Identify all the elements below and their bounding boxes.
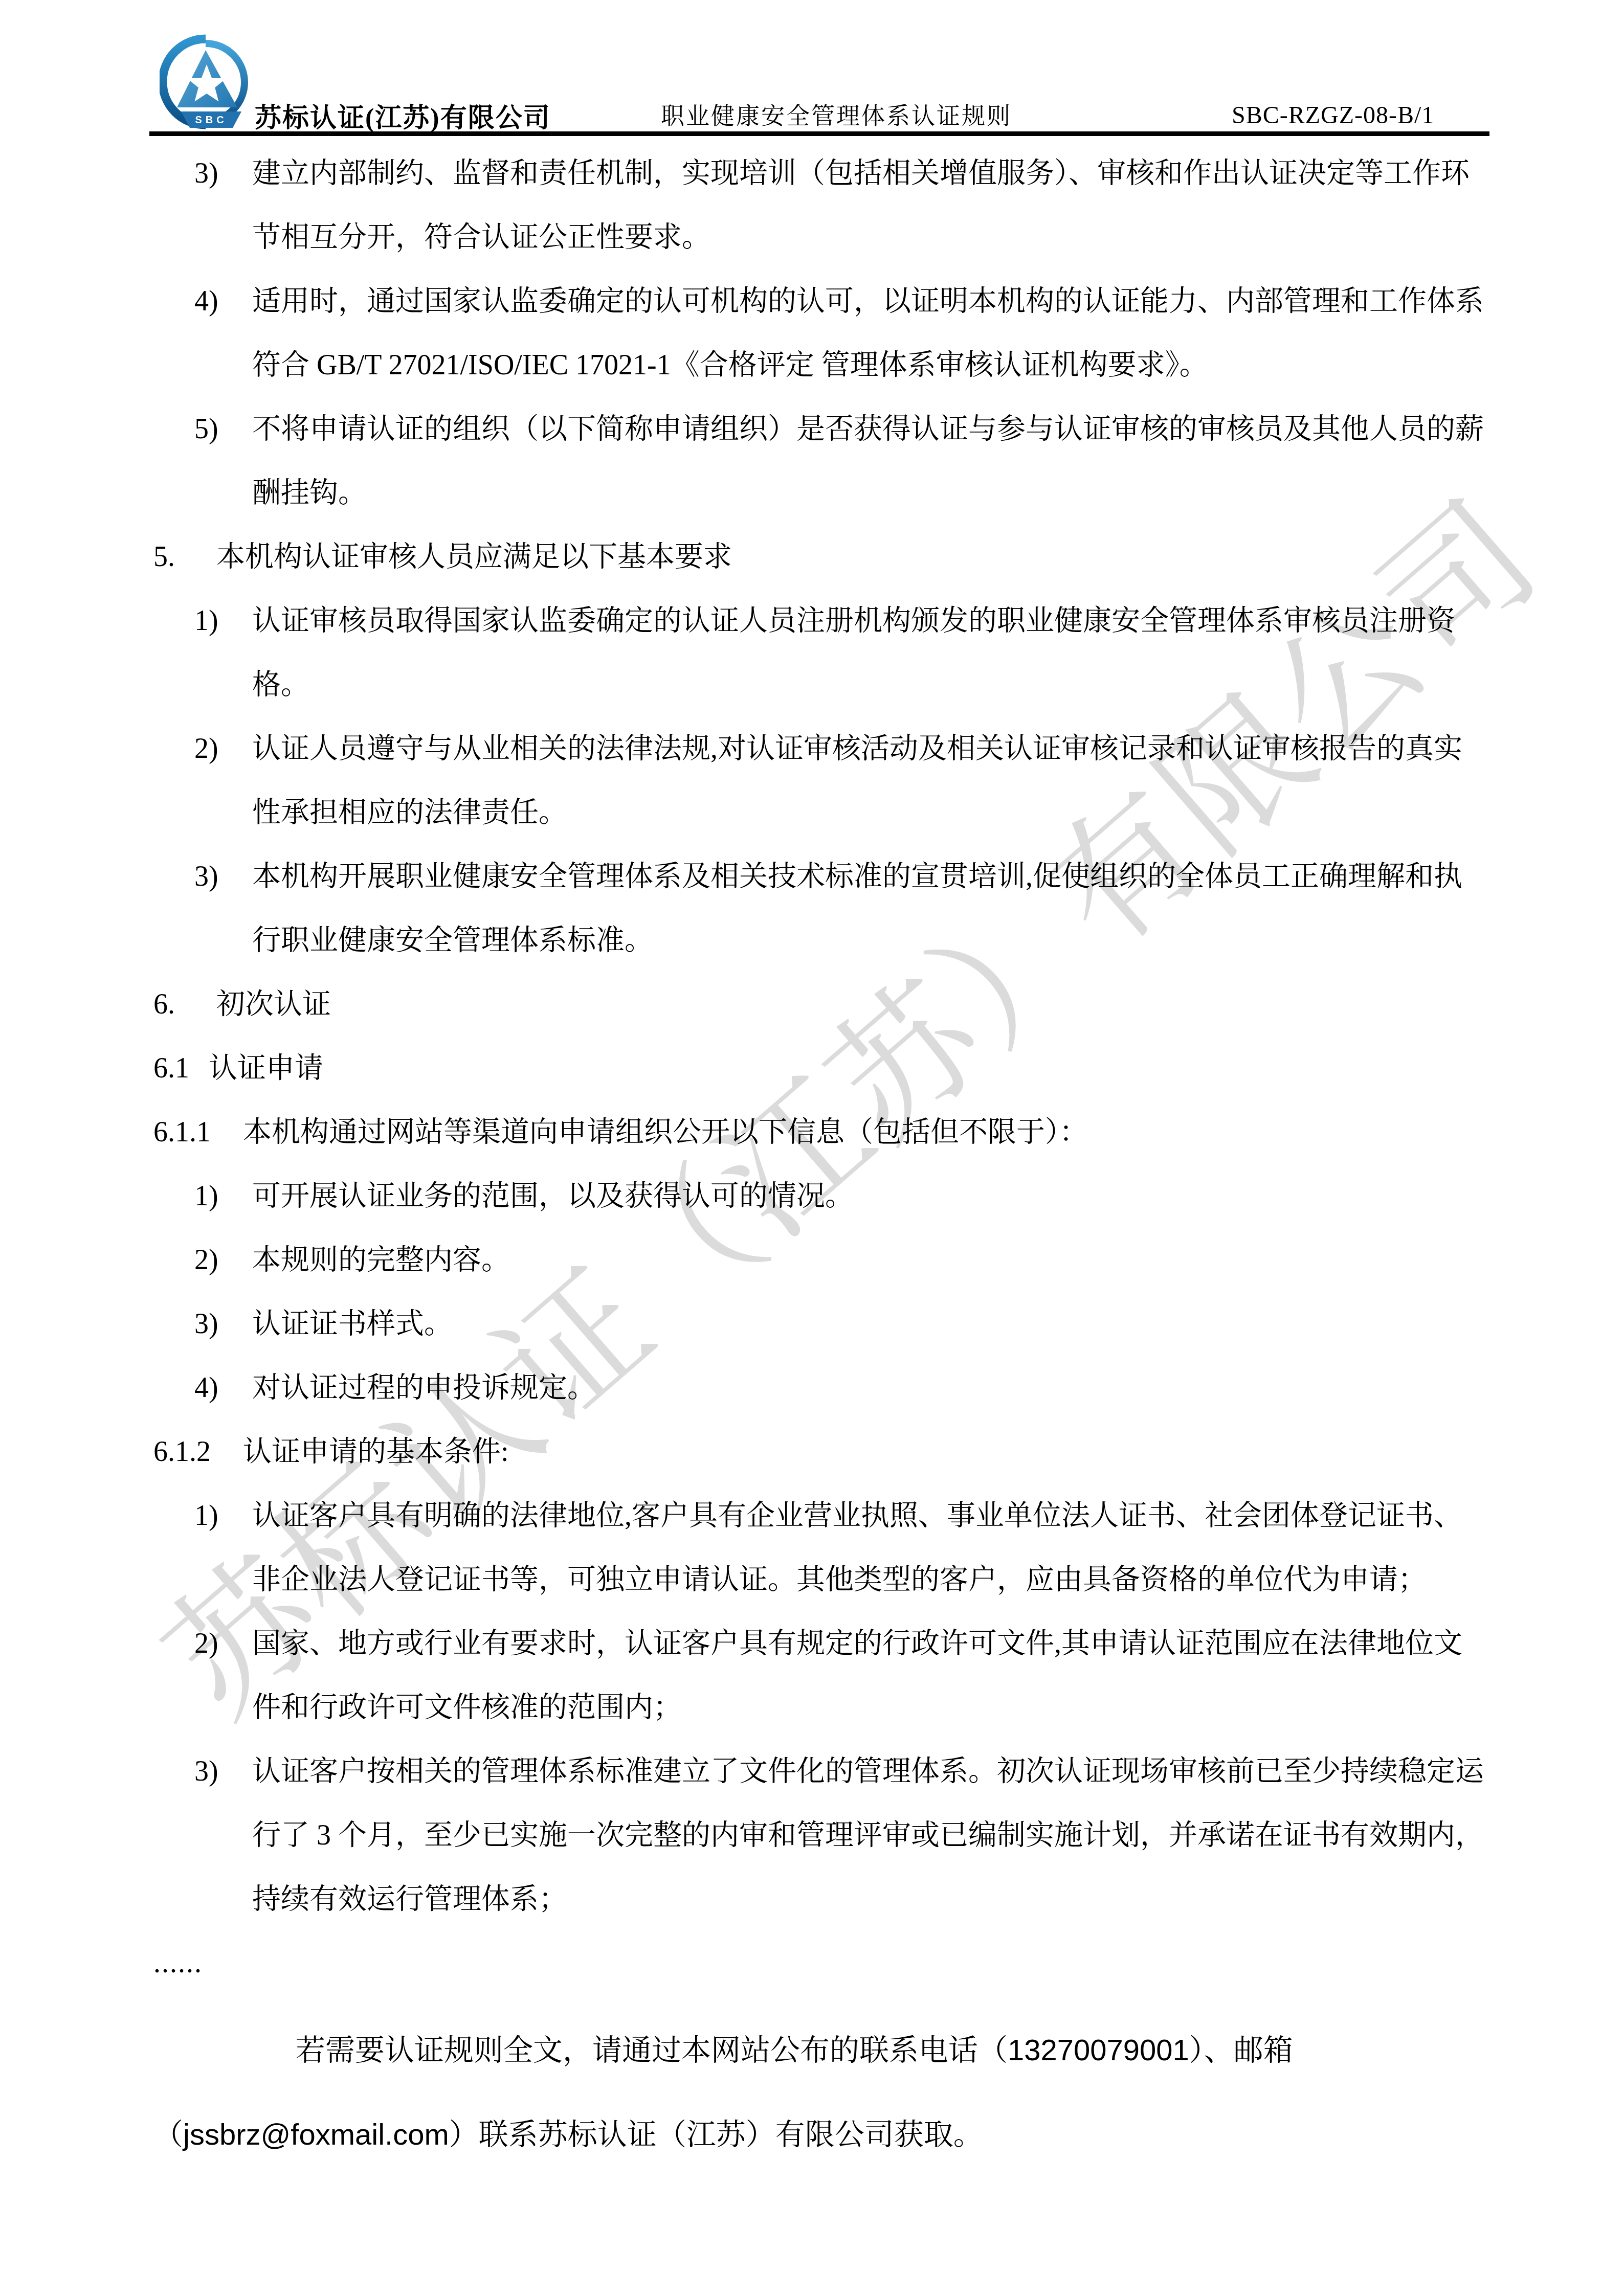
line-text: 持续有效运行管理体系；: [252, 1883, 567, 1915]
line-text: 本机构通过网站等渠道向申请组织公开以下信息（包括但不限于）：: [243, 1116, 1088, 1148]
line-text: 本机构认证审核人员应满足以下基本要求: [216, 541, 732, 573]
body-line: 6.1.2认证申请的基本条件:: [0, 1436, 1624, 1468]
company-name: 苏标认证(江苏)有限公司: [255, 96, 551, 134]
line-marker: 3): [194, 861, 218, 892]
line-marker: 1): [194, 1500, 218, 1532]
sbc-logo-icon: SBC: [160, 31, 252, 133]
body-line: 6.初次认证: [0, 988, 1624, 1020]
body-line: 件和行政许可文件核准的范围内；: [0, 1692, 1624, 1723]
body-line: 1)认证审核员取得国家认监委确定的认证人员注册机构颁发的职业健康安全管理体系审核…: [0, 605, 1624, 637]
line-text: 酬挂钩。: [252, 477, 367, 509]
body-line: 3)认证客户按相关的管理体系标准建立了文件化的管理体系。初次认证现场审核前已至少…: [0, 1755, 1624, 1787]
line-text: 符合 GB/T 27021/ISO/IEC 17021-1《合格评定 管理体系审…: [252, 349, 1208, 381]
line-text: 可开展认证业务的范围，以及获得认可的情况。: [252, 1180, 854, 1212]
logo-sbc-label: SBC: [195, 115, 227, 126]
line-text: 行职业健康安全管理体系标准。: [252, 925, 653, 956]
document-page: 苏标认证（江苏）有限公司 SBC 苏标认证(江苏)有限公司: [0, 0, 1624, 2296]
line-text: 非企业法人登记证书等，可独立申请认证。其他类型的客户，应由具备资格的单位代为申请…: [252, 1564, 1427, 1595]
body-line: 节相互分开，符合认证公正性要求。: [0, 221, 1624, 253]
line-text: 认证申请: [209, 1052, 323, 1084]
body-line: 酬挂钩。: [0, 477, 1624, 509]
header-rule: [149, 131, 1489, 136]
body-line: 1)认证客户具有明确的法律地位,客户具有企业营业执照、事业单位法人证书、社会团体…: [0, 1500, 1624, 1532]
body-line: 格。: [0, 669, 1624, 701]
body-line: 2)本规则的完整内容。: [0, 1244, 1624, 1276]
line-text: 认证客户具有明确的法律地位,客户具有企业营业执照、事业单位法人证书、社会团体登记…: [252, 1500, 1462, 1532]
body-line: 1)可开展认证业务的范围，以及获得认可的情况。: [0, 1180, 1624, 1212]
body-line: 2)认证人员遵守与从业相关的法律法规,对认证审核活动及相关认证审核记录和认证审核…: [0, 733, 1624, 764]
document-number: SBC-RZGZ-08-B/1: [1232, 101, 1434, 129]
document-body: 3)建立内部制约、监督和责任机制，实现培训（包括相关增值服务）、审核和作出认证决…: [0, 0, 1624, 2296]
footer-paragraph-line-1: 若需要认证规则全文，请通过本网站公布的联系电话（13270079001）、邮箱: [296, 2034, 1293, 2067]
line-text: 不将申请认证的组织（以下简称申请组织）是否获得认证与参与认证审核的审核员及其他人…: [252, 413, 1484, 445]
body-line: 行了 3 个月，至少已实施一次完整的内审和管理评审或已编制实施计划，并承诺在证书…: [0, 1819, 1624, 1851]
line-marker: 6.1.2: [153, 1436, 211, 1468]
line-text: 初次认证: [216, 988, 331, 1020]
document-title: 职业健康安全管理体系认证规则: [661, 97, 1012, 131]
line-text: 认证人员遵守与从业相关的法律法规,对认证审核活动及相关认证审核记录和认证审核报告…: [252, 733, 1462, 764]
line-text: 行了 3 个月，至少已实施一次完整的内审和管理评审或已编制实施计划，并承诺在证书…: [252, 1819, 1484, 1851]
body-line: 4)对认证过程的申投诉规定。: [0, 1372, 1624, 1404]
line-text: 认证审核员取得国家认监委确定的认证人员注册机构颁发的职业健康安全管理体系审核员注…: [252, 605, 1455, 637]
footer-text: 联系苏标认证（江苏）有限公司获取。: [479, 2118, 983, 2151]
line-marker: 2): [194, 1244, 218, 1276]
body-line: 5)不将申请认证的组织（以下简称申请组织）是否获得认证与参与认证审核的审核员及其…: [0, 413, 1624, 445]
line-text: 国家、地方或行业有要求时，认证客户具有规定的行政许可文件,其申请认证范围应在法律…: [252, 1628, 1462, 1659]
body-line: 2)国家、地方或行业有要求时，认证客户具有规定的行政许可文件,其申请认证范围应在…: [0, 1628, 1624, 1659]
body-line: ......: [0, 1947, 1624, 1979]
line-text: 本规则的完整内容。: [252, 1244, 510, 1276]
line-marker: 6.1.1: [153, 1116, 211, 1148]
body-line: 3)建立内部制约、监督和责任机制，实现培训（包括相关增值服务）、审核和作出认证决…: [0, 157, 1624, 189]
line-text: 认证证书样式。: [252, 1308, 453, 1340]
line-text: 适用时，通过国家认监委确定的认可机构的认可，以证明本机构的认证能力、内部管理和工…: [252, 285, 1484, 317]
page-header: SBC 苏标认证(江苏)有限公司 职业健康安全管理体系认证规则 SBC-RZGZ…: [0, 0, 1624, 143]
line-text: 对认证过程的申投诉规定。: [252, 1372, 596, 1404]
body-line: 性承担相应的法律责任。: [0, 797, 1624, 828]
line-marker: 3): [194, 1308, 218, 1340]
line-text: 认证申请的基本条件:: [243, 1436, 509, 1468]
line-text: 件和行政许可文件核准的范围内；: [252, 1692, 682, 1723]
body-line: 符合 GB/T 27021/ISO/IEC 17021-1《合格评定 管理体系审…: [0, 349, 1624, 381]
line-marker: 6.1: [153, 1052, 189, 1084]
body-line: 6.1认证申请: [0, 1052, 1624, 1084]
line-marker: 2): [194, 1628, 218, 1659]
line-marker: 3): [194, 157, 218, 189]
body-line: 行职业健康安全管理体系标准。: [0, 925, 1624, 956]
line-text: 本机构开展职业健康安全管理体系及相关技术标准的宣贯培训,促使组织的全体员工正确理…: [252, 861, 1462, 892]
body-line: 3)本机构开展职业健康安全管理体系及相关技术标准的宣贯培训,促使组织的全体员工正…: [0, 861, 1624, 892]
line-marker: 5.: [153, 541, 175, 573]
body-line: 6.1.1本机构通过网站等渠道向申请组织公开以下信息（包括但不限于）：: [0, 1116, 1624, 1148]
line-marker: 6.: [153, 988, 175, 1020]
line-marker: 3): [194, 1755, 218, 1787]
footer-text: 、邮箱: [1204, 2034, 1293, 2067]
body-line: 4)适用时，通过国家认监委确定的认可机构的认可，以证明本机构的认证能力、内部管理…: [0, 285, 1624, 317]
footer-text: 若需要认证规则全文，请通过本网站公布的联系电话: [296, 2034, 978, 2067]
body-line: 3)认证证书样式。: [0, 1308, 1624, 1340]
line-marker: 1): [194, 605, 218, 637]
contact-phone: （13270079001）: [978, 2034, 1204, 2067]
body-line: 非企业法人登记证书等，可独立申请认证。其他类型的客户，应由具备资格的单位代为申请…: [0, 1564, 1624, 1595]
line-text: 建立内部制约、监督和责任机制，实现培训（包括相关增值服务）、审核和作出认证决定等…: [252, 157, 1470, 189]
line-text: 认证客户按相关的管理体系标准建立了文件化的管理体系。初次认证现场审核前已至少持续…: [252, 1755, 1484, 1787]
line-marker: 5): [194, 413, 218, 445]
line-marker: 2): [194, 733, 218, 764]
line-text: 格。: [252, 669, 309, 701]
body-line: 5.本机构认证审核人员应满足以下基本要求: [0, 541, 1624, 573]
body-line: 持续有效运行管理体系；: [0, 1883, 1624, 1915]
line-marker: 4): [194, 285, 218, 317]
line-marker: 1): [194, 1180, 218, 1212]
footer-paragraph-line-2: （jssbrz@foxmail.com）联系苏标认证（江苏）有限公司获取。: [153, 2119, 983, 2151]
line-text: 性承担相应的法律责任。: [252, 797, 567, 828]
line-text: ......: [153, 1947, 203, 1979]
contact-email: （jssbrz@foxmail.com）: [153, 2118, 479, 2151]
line-text: 节相互分开，符合认证公正性要求。: [252, 221, 710, 253]
line-marker: 4): [194, 1372, 218, 1404]
